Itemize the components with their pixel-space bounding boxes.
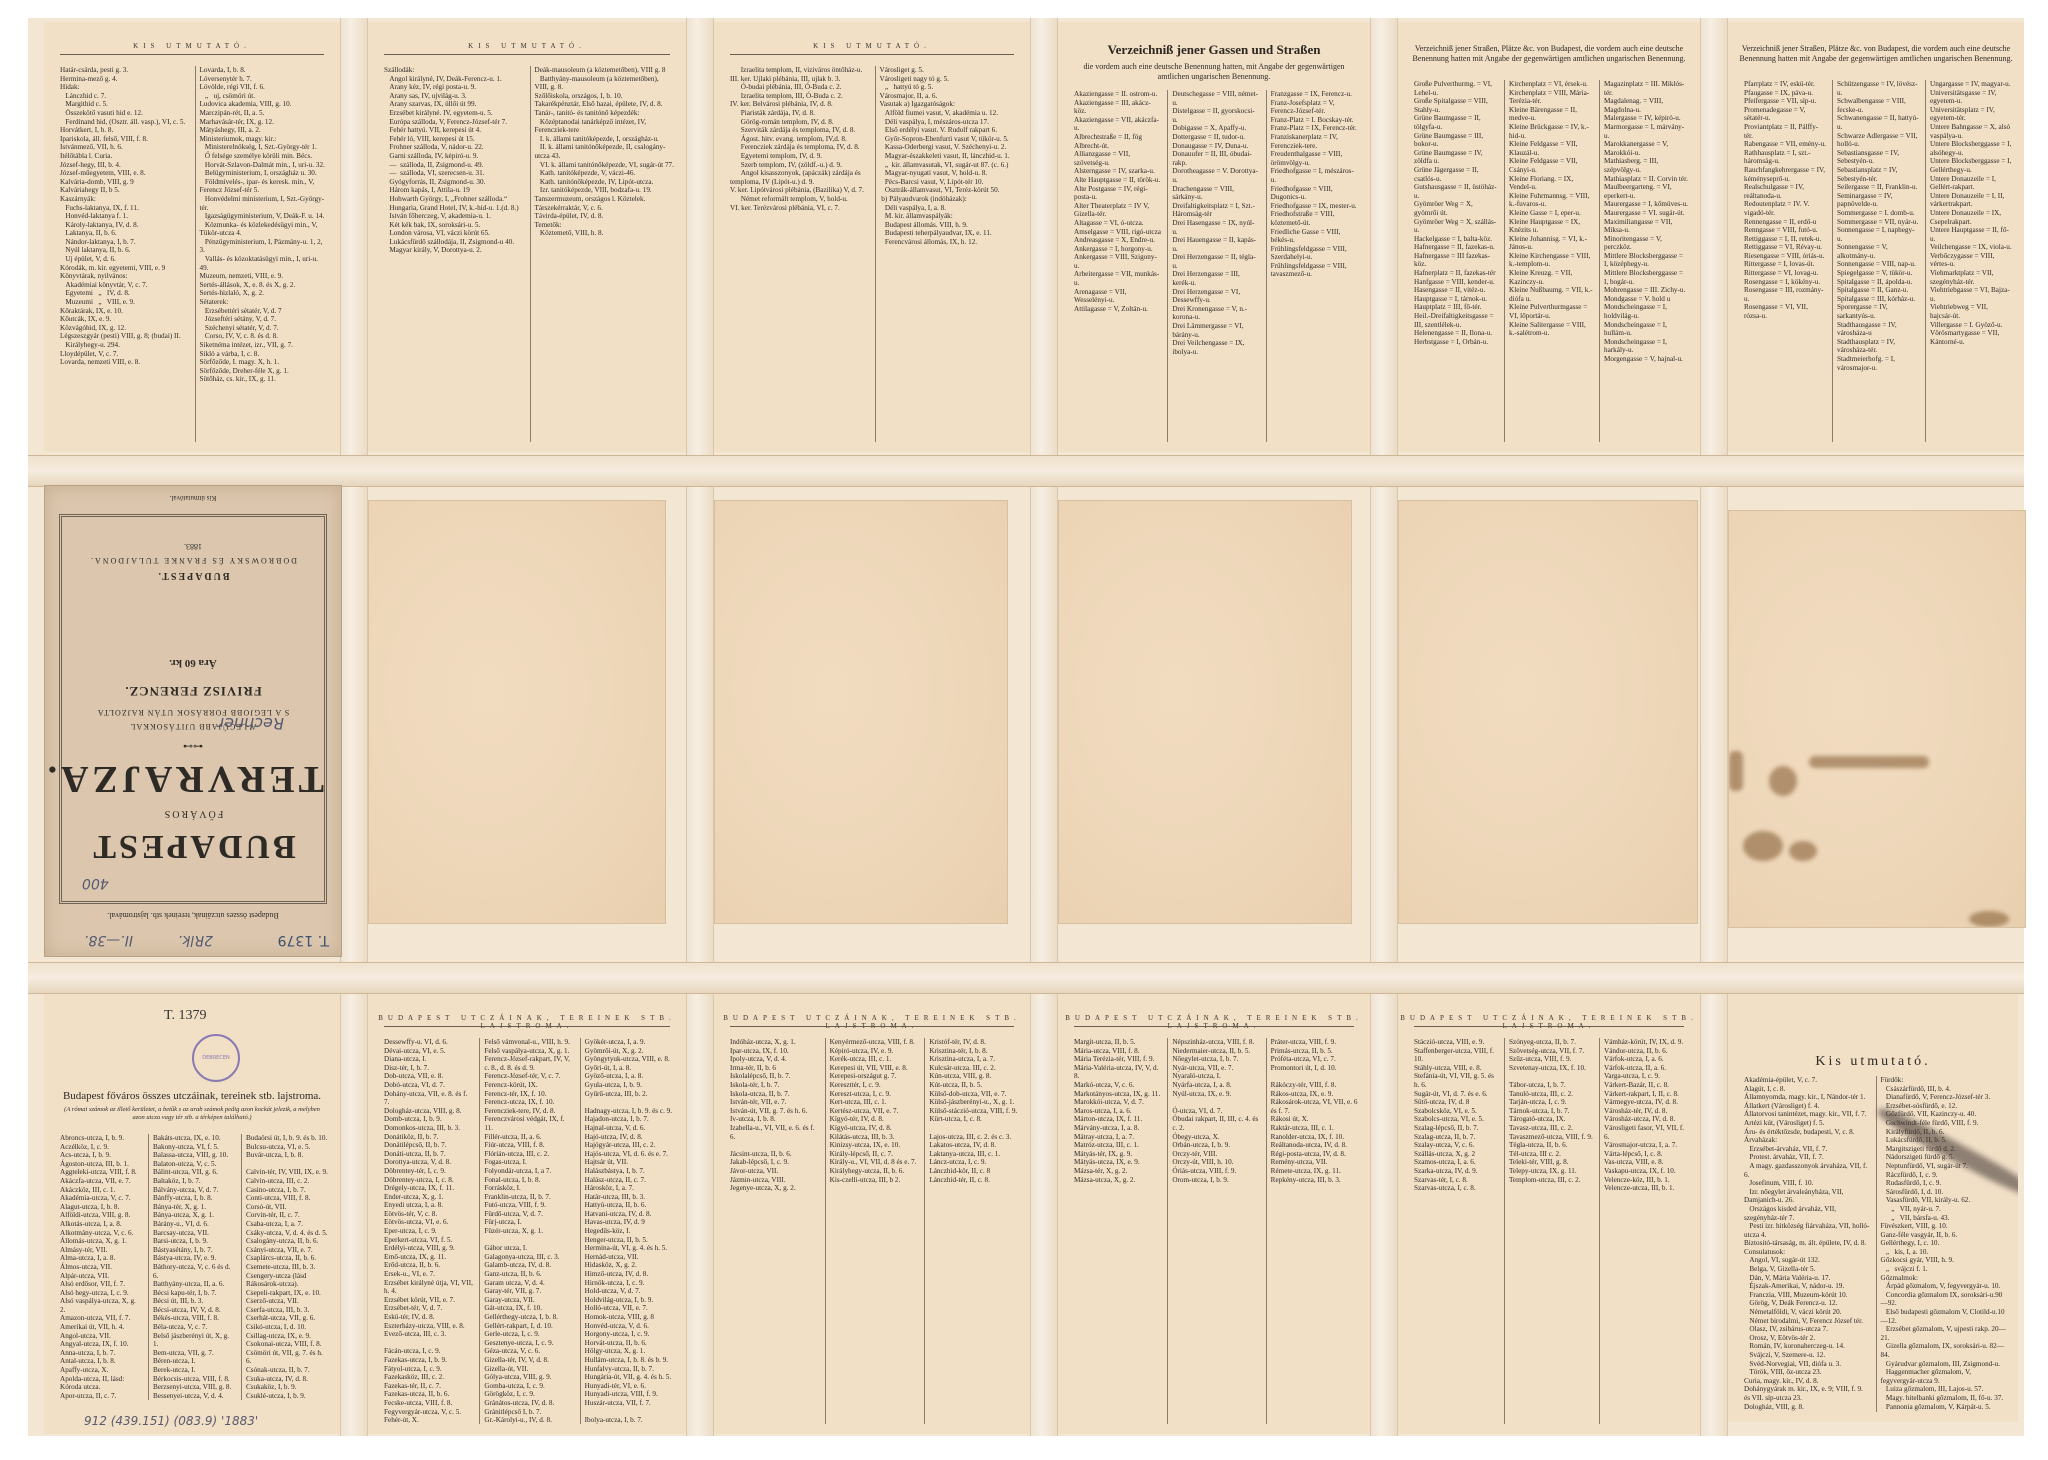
text-columns: Pfarrplatz = IV, eskü-tér. Pfaugasse = I… (1744, 80, 2012, 442)
panel-street-register-m-r: BUDAPEST UTCZÁINAK, TEREINEK STB. LAJSTR… (1058, 994, 1370, 1434)
running-head: BUDAPEST UTCZÁINAK, TEREINEK STB. LAJSTR… (714, 1014, 1030, 1030)
text-column: Deutschegasse = VIII, német-u. Distelgas… (1167, 90, 1259, 442)
fold-line-horizontal (28, 962, 2024, 994)
panel-kis-utmutato-3: KIS UTMUTATÓ. Izraelita templom, II, viz… (714, 22, 1030, 452)
register-title: Budapest főváros összes utczáinak, terei… (44, 1090, 340, 1102)
german-index-title: Verzeichniß jener Straßen, Plätze &c. vo… (1406, 44, 1692, 64)
text-column: Felső vámvonal-u., VIII, h. 9. Felső vas… (479, 1038, 573, 1424)
text-column: Große Pulverthurmg. = VI, Lehel-u. Große… (1414, 80, 1498, 442)
blank-panel (1058, 500, 1352, 924)
text-column: Népszinház-utcza, VIII, f. 8. Niedermaie… (1167, 1038, 1259, 1424)
text-column: Határ-csárda, pesti g. 3. Hermina-mező g… (60, 66, 189, 442)
register-note: (A római számok az illető kerületet, a b… (64, 1106, 320, 1122)
text-column: Szállodák: Angol királyné, IV, Deák-Fere… (384, 66, 524, 442)
header-rule (1414, 1026, 1684, 1027)
panel-german-street-index-2: Verzeichniß jener Straßen, Plätze &c. vo… (1398, 22, 1700, 452)
text-column: Kristóf-tér, IV, d. 8. Krisztina-tér, I,… (924, 1038, 1018, 1424)
kis-utmutato-title: Kis utmutató. (1728, 1054, 2018, 1070)
text-column: Práter-utcza, VIII, f. 9. Primás-utcza, … (1266, 1038, 1358, 1424)
running-head: KIS UTMUTATÓ. (44, 42, 340, 50)
text-column: Kirchenplatz = VI, érsek-u. Kirchenplatz… (1504, 80, 1593, 442)
cover-author: FRIVISZ FERENCZ. (62, 683, 324, 699)
handwritten-signature: Rechner (218, 714, 284, 733)
panel-german-street-index-3: Verzeichniß jener Straßen, Plätze &c. vo… (1728, 22, 2024, 452)
panel-kis-utmutato-2: KIS UTMUTATÓ. Szállodák: Angol királyné,… (368, 22, 686, 452)
text-column: Vámház-körút, IV, IX, d. 9. Vándor-utcza… (1599, 1038, 1688, 1424)
water-stain (1729, 751, 1743, 791)
blank-panel (368, 500, 666, 924)
german-index-subtitle: die vordem auch eine deutsche Benennung … (1068, 62, 1360, 82)
blank-panel (1398, 500, 1698, 924)
cover-bottom-line: Budapest összes utczáinak, tereinek stb.… (45, 911, 341, 920)
text-column: Indóház-utcza, X, g. 1. Ipar-utcza, IX, … (730, 1038, 819, 1424)
fold-line-vertical (1030, 18, 1058, 1436)
text-columns: Akaziengasse = II. ostrom-u. Akaziengass… (1074, 90, 1358, 442)
text-column: Stáczió-utcza, VIII, e. 9. Staffenberger… (1414, 1038, 1498, 1424)
fold-line-vertical (340, 18, 368, 1436)
text-column: Pfarrplatz = IV, eskü-tér. Pfaugasse = I… (1744, 80, 1826, 442)
water-stain (1769, 766, 1797, 796)
text-column: Szónyeg-utcza, II, b. 7. Szövetség-utcza… (1504, 1038, 1593, 1424)
cover-year: 1883. (62, 542, 324, 551)
water-stain (1743, 831, 1783, 861)
header-rule (730, 1026, 1014, 1027)
text-columns: Abroncs-utcza, I, b. 9. Aczélköz, I, c. … (60, 1134, 328, 1400)
panel-street-register-i-l: BUDAPEST UTCZÁINAK, TEREINEK STB. LAJSTR… (714, 994, 1030, 1434)
shelf-marks: T. 1379 2Rlk. II.—38. (53, 928, 333, 950)
text-columns: Szállodák: Angol királyné, IV, Deák-Fere… (384, 66, 674, 442)
text-columns: Határ-csárda, pesti g. 3. Hermina-mező g… (60, 66, 328, 442)
panel-street-register-d-i: BUDAPEST UTCZÁINAK, TEREINEK STB. LAJSTR… (368, 994, 686, 1434)
text-columns: Margit-utcza, II, b. 5. Mária-utcza, VII… (1074, 1038, 1358, 1424)
running-head: KIS UTMUTATÓ. (368, 42, 686, 50)
text-column: Abroncs-utcza, I, b. 9. Aczélköz, I, c. … (60, 1134, 142, 1400)
header-rule (384, 54, 670, 55)
handwritten-price: 400 (82, 875, 109, 891)
text-column: Dessewffy-u. VI, d. 6. Dévai-utcza, VI, … (384, 1038, 473, 1424)
running-head: KIS UTMUTATÓ. (714, 42, 1030, 50)
text-column: Budaörsi út, I, b. 9. és b. 10. Bulcsu-u… (241, 1134, 328, 1400)
text-columns: Izraelita templom, II, viziváros öntőház… (730, 66, 1018, 442)
call-number: 912 (439.151) (083.9) '1883' (84, 1414, 258, 1428)
blank-panel (714, 500, 1008, 924)
fold-line-vertical (1370, 18, 1398, 1436)
cover-top-line: Kis útmutatóval. (45, 494, 341, 502)
text-column: Kenyérmező-utcza, VIII, f. 8. Képiró-utc… (825, 1038, 919, 1424)
text-column: Bakáts-utcza, IX, e. 10. Bakony-utcza, V… (148, 1134, 235, 1400)
fold-line-vertical (686, 18, 714, 1436)
cover-city: BUDAPEST (62, 827, 324, 865)
text-column: Franzgasse = IX, Ferencz-u. Franz-Josefs… (1266, 90, 1358, 442)
cover-line-2: S A LEGJOBB FORRÁSOK UTÁN RAJZOLTA (62, 708, 324, 717)
text-column: Margit-utcza, II, b. 5. Mária-utcza, VII… (1074, 1038, 1161, 1424)
header-rule (1074, 1026, 1354, 1027)
cover-publisher: DOBROWSKY ÉS FRANKE TULAJDONA. (62, 556, 324, 565)
fold-line-horizontal (28, 455, 2024, 487)
header-rule (384, 1026, 670, 1027)
shelf-mark: II.—38. (84, 932, 133, 948)
shelf-number: T. 1379 (164, 1008, 207, 1024)
ornament-icon: ⊷⊶ (62, 740, 324, 751)
text-column: Izraelita templom, II, viziváros öntőház… (730, 66, 869, 442)
text-columns: Akadémia-épület, V, c. 7. Alagút, I, c. … (1744, 1076, 2006, 1412)
cover-title: TERVRAJZA. (62, 757, 324, 801)
blank-panel-stained (1728, 510, 2026, 928)
text-columns: Große Pulverthurmg. = VI, Lehel-u. Große… (1414, 80, 1688, 442)
cover-place: BUDAPEST. (62, 570, 324, 581)
water-stain (1809, 756, 1929, 768)
text-column: Gyökér-utcza, I, a. 9. Gyömrői-út, X, g.… (580, 1038, 674, 1424)
text-column: Városliget g. 5. Városligeti nagy tó g. … (875, 66, 1019, 442)
shelf-mark: T. 1379 (278, 932, 329, 948)
water-stain (1789, 841, 1817, 861)
cover-price: Ára 60 kr. (62, 657, 324, 669)
panel-street-register-s-v: BUDAPEST UTCZÁINAK, TEREINEK STB. LAJSTR… (1398, 994, 1700, 1434)
library-stamp-icon: DEBRECEN (192, 1034, 240, 1082)
text-columns: Stáczió-utcza, VIII, e. 9. Staffenberger… (1414, 1038, 1688, 1424)
text-column: Schützengasse = IV, lövész-u. Schwalbeng… (1832, 80, 1919, 442)
panel-kis-utmutato-1: KIS UTMUTATÓ. Határ-csárda, pesti g. 3. … (44, 22, 340, 452)
text-column: Lovarda, I, b. 8. Lóversenytér h. 7. Löv… (195, 66, 329, 442)
water-stain (1969, 911, 2009, 927)
cover-line-1: A LEGÚJABB UJITÁSOKKAL (62, 722, 324, 731)
text-column: Akaziengasse = II. ostrom-u. Akaziengass… (1074, 90, 1161, 442)
text-column: Ungargasse = IV, magyar-u. Universitätsg… (1925, 80, 2012, 442)
running-head: BUDAPEST UTCZÁINAK, TEREINEK STB. LAJSTR… (1058, 1014, 1370, 1030)
map-cover: Kis útmutatóval. BUDAPEST FŐVÁROS TERVRA… (44, 485, 342, 957)
header-rule (60, 54, 324, 55)
cover-frame: BUDAPEST FŐVÁROS TERVRAJZA. ⊷⊶ A LEGÚJAB… (59, 514, 327, 904)
text-column: Akadémia-épület, V, c. 7. Alagút, I, c. … (1744, 1076, 1870, 1412)
text-columns: Dessewffy-u. VI, d. 6. Dévai-utcza, VI, … (384, 1038, 674, 1424)
panel-street-register-intro: T. 1379 DEBRECEN Budapest főváros összes… (44, 994, 340, 1434)
german-index-title: Verzeichniß jener Gassen und Straßen (1066, 42, 1362, 58)
shelf-mark: 2Rlk. (178, 932, 213, 948)
running-head: BUDAPEST UTCZÁINAK, TEREINEK STB. LAJSTR… (368, 1014, 686, 1030)
panel-kis-utmutato-index: Kis utmutató. Akadémia-épület, V, c. 7. … (1728, 994, 2018, 1422)
running-head: BUDAPEST UTCZÁINAK, TEREINEK STB. LAJSTR… (1398, 1014, 1700, 1030)
text-column: Deák-mausoleum (a köztemetőben), VIII g.… (530, 66, 675, 442)
text-columns: Indóház-utcza, X, g. 1. Ipar-utcza, IX, … (730, 1038, 1018, 1424)
german-index-title: Verzeichniß jener Straßen, Plätze &c. vo… (1736, 44, 2016, 64)
text-column: Magazinplatz = III. Miklós-tér. Magdalen… (1599, 80, 1688, 442)
header-rule (730, 54, 1014, 55)
panel-german-street-index-1: Verzeichniß jener Gassen und Straßen die… (1058, 22, 1370, 452)
fold-line-vertical (1700, 18, 1728, 1436)
cover-subtitle: FŐVÁROS (62, 808, 324, 819)
